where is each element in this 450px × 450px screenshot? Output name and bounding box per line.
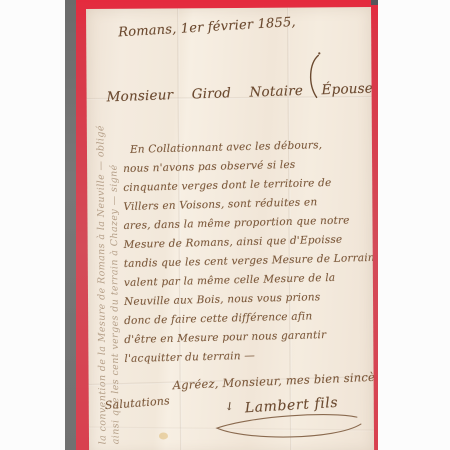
paper-stain xyxy=(159,432,168,439)
margin-note-line-2: ainsi que les cent verges du terrain à C… xyxy=(107,99,122,444)
letter-photo: Romans, 1er février 1855, Monsieur Girod… xyxy=(65,0,378,450)
photo-corner-gray-patch xyxy=(371,0,378,5)
letter-paper: Romans, 1er février 1855, Monsieur Girod… xyxy=(86,7,374,450)
signature-flourish xyxy=(207,409,367,448)
photo-edge-gray-strip xyxy=(65,0,76,450)
letter-body: En Collationnant avec les débours,nous n… xyxy=(123,137,374,367)
margin-note-vertical: la convention de la Mesure de Romans à l… xyxy=(94,99,132,444)
letter-closing-line: Agréez, Monsieur, mes bien sincères xyxy=(172,369,374,392)
red-card-backing: Romans, 1er février 1855, Monsieur Girod… xyxy=(76,0,378,450)
letter-dateline: Romans, 1er février 1855, xyxy=(118,15,296,41)
letter-salutation: Monsieur Girod Notaire Épouse xyxy=(106,81,373,106)
margin-note-line-1: la convention de la Mesure de Romans à l… xyxy=(94,99,109,444)
page-background: { "colors": { "background": "#fcfcfc", "… xyxy=(0,0,450,450)
